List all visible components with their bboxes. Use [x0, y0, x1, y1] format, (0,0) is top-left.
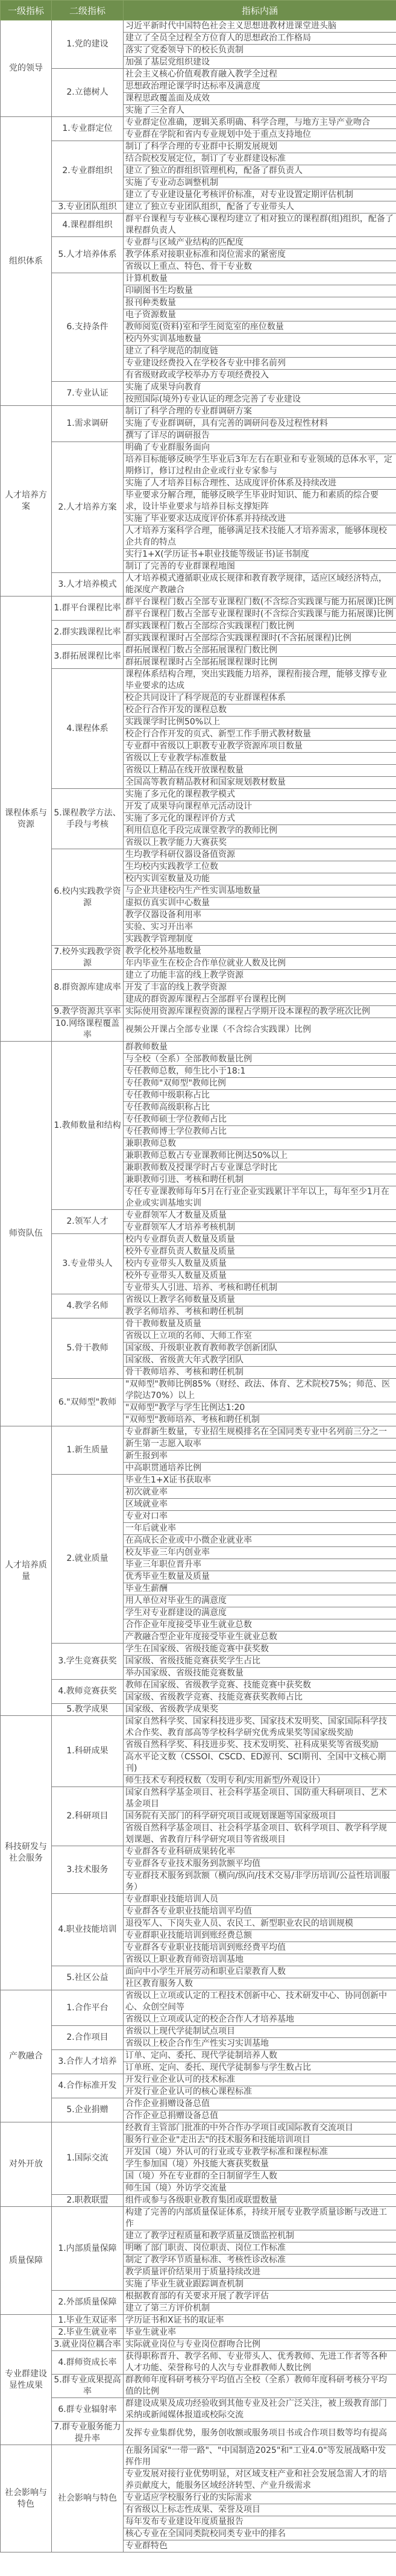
content-cell: 明确了专业群服务面向 — [124, 442, 396, 454]
level2-cell: 2.群实践课程比率 — [52, 621, 124, 645]
level2-cell: 2.职教联盟 — [52, 2195, 124, 2207]
content-cell: 专业群各专业职业技能培训到账经费平均值 — [124, 1942, 396, 1954]
content-cell: 省级以上重点、特色、骨干专业数 — [124, 261, 396, 273]
content-cell: 年内毕业生在校企合作单位就业人数及比例 — [124, 958, 396, 970]
content-cell: 有省级财政或学校举办方专项经费投入 — [124, 370, 396, 382]
level1-cell: 人才培养方案 — [1, 406, 52, 597]
content-cell: 培养目标能够反映学生毕业后3年左右在职业和专业领域的总体水平，定期修订，修订过程… — [124, 454, 396, 478]
level2-cell: 9.教学资源共享率 — [52, 1006, 124, 1018]
level2-cell: 4.合作标准开发 — [52, 2074, 124, 2098]
table-row: 2.外部质量保障根据教育部的有关要求开展了教学评估 — [1, 2291, 396, 2303]
content-cell: 实践课学时比例50%以上 — [124, 717, 396, 729]
level2-cell: 3.人才培养模式 — [52, 573, 124, 597]
level2-cell: 5.教学成果 — [52, 1704, 124, 1716]
level1-cell: 科技研发与社会服务 — [1, 1716, 52, 1990]
content-cell: 校内专业带头人数量及质量 — [124, 1258, 396, 1270]
content-cell: 实施了多元化的课程评价方式 — [124, 813, 396, 825]
level2-cell: 7.专业认证 — [52, 382, 124, 406]
content-cell: 制定了教学环节质量标准、考核性诊改标准 — [124, 2255, 396, 2267]
content-cell: 生均校内实践教学工位数 — [124, 861, 396, 873]
content-cell: 国家级、省级教学成果奖 — [124, 1704, 396, 1716]
level2-cell: 1.党的建设 — [52, 21, 124, 69]
content-cell: 专业群技术服务到款额（横向/纵向/技术交易/非学历培训/公益性培训服务） — [124, 1870, 396, 1894]
content-cell: 省级以上教学名师数量及质量 — [124, 1294, 396, 1306]
level2-cell: 2.就业质量 — [52, 1475, 124, 1644]
level1-cell: 师资队伍 — [1, 1042, 52, 1426]
content-cell: 教学质量评价结果用于质量持续改进 — [124, 2267, 396, 2279]
level1-cell: 对外开放 — [1, 2122, 52, 2207]
level2-cell: 1.内部质量保障 — [52, 2207, 124, 2291]
content-cell: 建立了第三方评价机制 — [124, 2303, 396, 2315]
level2-cell: 1.需求调研 — [52, 406, 124, 442]
content-cell: 实施了成果导向教育 — [124, 382, 396, 394]
content-cell: 开发了成果导向课程单元活动设计 — [124, 801, 396, 813]
content-cell: 发挥专业集群优势，服务创收额或服务项目书或合作项目数等均有提高 — [124, 2422, 396, 2445]
level2-cell: 3.专业团队组织 — [52, 201, 124, 214]
content-cell: 课程体系结构合理，突出实践能力培养，课程衔接合理，能够支撑专业毕业要求的达成 — [124, 669, 396, 692]
table-header-row: 一级指标 二级指标 指标内涵 — [1, 1, 396, 21]
content-cell: 电子资源数量 — [124, 309, 396, 321]
level2-cell: 4.群师资成长率 — [52, 2351, 124, 2375]
content-cell: 实施了专业动态调整机制 — [124, 177, 396, 189]
content-cell: 国家自然科学奖、国家科技进步奖、国家技术发明奖、国家国际科学技术合作奖、教育部高… — [124, 1716, 396, 1739]
table-row: 5.企业捐赠合作企业捐赠设备总值 — [1, 2098, 396, 2110]
content-cell: 建立了科学规范的制度链 — [124, 346, 396, 358]
content-cell: 实践教学管理制度 — [124, 934, 396, 946]
table-row: 党的领导1.党的建设习近平新时代中国特色社会主义思想进教材进课堂进头脑 — [1, 21, 396, 33]
level2-cell: 10.网络课程覆盖率 — [52, 1018, 124, 1042]
content-cell: 专业适应学校服务行业的实际需求 — [124, 2492, 396, 2504]
content-cell: 面向中小学生开展劳动和职业启蒙教育人数 — [124, 1966, 396, 1978]
content-cell: 实施了人才培养目标合理性、达成度评价体系及持续改进 — [124, 478, 396, 490]
content-cell: 实施了毕业要求达成度评价体系并持续改进 — [124, 513, 396, 525]
table-row: 3.人才培养模式人才培养模式遵循职业成长规律和教育教学规律，适应区域经济特点，能… — [1, 573, 396, 597]
table-row: 2.毕业生就业率毕业生就业率 — [1, 2327, 396, 2339]
content-cell: 开发了丰富的线上教学资源 — [124, 982, 396, 994]
content-cell: 课程思政覆盖面及成效 — [124, 93, 396, 105]
content-cell: 省级以上专业教学标准数量 — [124, 753, 396, 765]
content-cell: 群平台课程与专业核心课程均建立了相对独立的课程群(组)组织，配备了课程群负责人 — [124, 214, 396, 237]
header-level2: 二级指标 — [52, 1, 124, 21]
content-cell: 思想政治理论课学时达标率及满意度 — [124, 81, 396, 93]
content-cell: 每年发布专业建设年度质量报告 — [124, 2516, 396, 2528]
content-cell: 实施了多元化的课程教学模式 — [124, 789, 396, 801]
content-cell: 校外专业群负责人数量及质量 — [124, 1246, 396, 1258]
table-row: 7.群专业服务能力提升率发挥专业集群优势，服务创收额或服务项目书或合作项目数等均… — [1, 2422, 396, 2445]
level2-cell: 2.人才培养方案 — [52, 442, 124, 573]
content-cell: 合作企业总捐赠设备总值 — [124, 2110, 396, 2122]
content-cell: 省级自然科学基金项目、社会科学基金项目、软科学项目、教学科学规划课题、省教育厅科… — [124, 1823, 396, 1846]
content-cell: 校友毕业三年内创业率 — [124, 1547, 396, 1559]
content-cell: 国（境）外在专业群的全日制留学生人数 — [124, 2171, 396, 2183]
content-cell: 生均教学科研仪器设备值资源 — [124, 849, 396, 861]
content-cell: 开发国（境）外认可的行业或专业教学标准和课程标准 — [124, 2147, 396, 2159]
level1-cell: 质量保障 — [1, 2207, 52, 2315]
level2-cell: 3.合作人才培养 — [52, 2050, 124, 2074]
content-cell: 群实践课程课时占全部综合实践课程课时(不含拓展课程)比例 — [124, 633, 396, 645]
content-cell: 开发行业企业认可的核心课程标准 — [124, 2086, 396, 2098]
content-cell: 在服务国家"一带一路"、"中国制造2025"和"工业4.0"等发展战略中发挥作用 — [124, 2445, 396, 2469]
level2-cell: 3.技术服务 — [52, 1846, 124, 1894]
content-cell: 校企行合作开发的课程总数 — [124, 704, 396, 717]
table-row: 2.职教联盟组件或参与各级职业教育集团或联盟数量 — [1, 2195, 396, 2207]
level2-cell: 社会影响与特色 — [52, 2445, 124, 2552]
content-cell: 校内专业群负责人数量及质量 — [124, 1234, 396, 1246]
content-cell: 经教育主管部门批准的中外合作办学项目或国际教育交流项目 — [124, 2122, 396, 2135]
content-cell: 专业群领军人才培养考核机制 — [124, 1222, 396, 1234]
content-cell: 落实了党委领导下的校长负责制 — [124, 45, 396, 57]
content-cell: 实际使用资源库课程资源的课程占学期开设本课程的教学班次比例 — [124, 1006, 396, 1018]
content-cell: 专业群各专业技术服务到款额平均值 — [124, 1858, 396, 1870]
content-cell: 教师在国家级、省级教学竞赛、技能竞赛中获奖数 — [124, 1680, 396, 1692]
content-cell: 开发行业企业认可的技术标准 — [124, 2074, 396, 2086]
level2-cell: 6.校内实践教学资源 — [52, 849, 124, 946]
table-row: 课程体系与资源1.群平台课程比率群平台课程门数占全部专业课程门数(不含综合实践课… — [1, 597, 396, 609]
content-cell: 国家级、省级教学竞赛、技能竞赛获奖教师占比 — [124, 1692, 396, 1704]
content-cell: 建立了专业建设量化考核评价标准，对专业设置定期评估机制 — [124, 189, 396, 201]
content-cell: 撰写了详尽的调研报告 — [124, 430, 396, 442]
content-cell: 学生对专业群建设的满意度 — [124, 1607, 396, 1619]
level1-cell: 组织体系 — [1, 117, 52, 406]
table-row: 产教融合1.合作平台省级以上立项或认定的工程技术创新中心、技术研发中心、协同创新… — [1, 1990, 396, 2014]
content-cell: 视频公开课占全部专业课（不含综合实践课）比例 — [124, 1018, 396, 1042]
content-cell: 专业建设经费投入在学校各专业中排名前列 — [124, 358, 396, 370]
content-cell: 省级以上立项的名师、大师工作室 — [124, 1331, 396, 1343]
level2-cell: 2.专业群组织 — [52, 141, 124, 201]
content-cell: 专业对口率 — [124, 1511, 396, 1523]
content-cell: 校内实训室数量及功能 — [124, 873, 396, 885]
level2-cell: 5.课程教学方法、手段与考核 — [52, 789, 124, 849]
content-cell: 教学化校外基地数量 — [124, 946, 396, 958]
content-cell: 专业群特色 — [124, 2540, 396, 2552]
content-cell: 产教融合型企业年度接受毕业生就业总数 — [124, 1631, 396, 1644]
level1-cell: 课程体系与资源 — [1, 597, 52, 1042]
content-cell: 省级以上精品在线开放课程数量 — [124, 765, 396, 777]
level2-cell: 3.群拓展课程比率 — [52, 645, 124, 669]
content-cell: 国务院有关部门的科学研究项目或规划课题等国家级项目 — [124, 1811, 396, 1823]
table-row: 人才培养方案1.需求调研制订了科学合理的专业群调研方案 — [1, 406, 396, 418]
content-cell: "双师型"教师比例85%（财经、政法、体育、艺术院校75%；师范、医学院达70%… — [124, 1379, 396, 1402]
table-row: 7.专业认证实施了成果导向教育 — [1, 382, 396, 394]
table-row: 6.群专业辐射率群建设成果及成功经验收到其他专业及社会广泛关注，被上级教育部门采… — [1, 2398, 396, 2422]
table-row: 4.教师竞赛获奖教师在国家级、省级教学竞赛、技能竞赛中获奖数 — [1, 1680, 396, 1692]
content-cell: 印刷图书生均数量 — [124, 285, 396, 297]
level2-cell: 7.群专业服务能力提升率 — [52, 2422, 124, 2445]
content-cell: 专业群在学院和省内专业规划中处于重点支持地位 — [124, 129, 396, 141]
level1-cell: 专业群建设显性成果 — [1, 2315, 52, 2445]
table-row: 3.专业带头人校内专业群负责人数量及质量 — [1, 1234, 396, 1246]
table-row: 5.课程教学方法、手段与考核实施了多元化的课程教学模式 — [1, 789, 396, 801]
content-cell: 虚拟仿真实训中心数量 — [124, 897, 396, 910]
content-cell: 实行1+X(学历证书+职业技能等级证书)证书制度 — [124, 549, 396, 561]
content-cell: 专业群定位准确，逻辑关系明确、科学合理，与地方主导产业吻合 — [124, 117, 396, 129]
level2-cell: 4.课程体系 — [52, 669, 124, 789]
table-row: 社会影响与特色社会影响与特色在服务国家"一带一路"、"中国制造2025"和"工业… — [1, 2445, 396, 2469]
table-row: 4.职业技能培训专业群职业技能培训人员 — [1, 1894, 396, 1906]
content-cell: 校内外实训基地数量 — [124, 334, 396, 346]
content-cell: 学生在国家级、省级技能竞赛中获奖数 — [124, 1644, 396, 1656]
table-row: 组织体系1.专业群定位专业群定位准确，逻辑关系明确、科学合理，与地方主导产业吻合 — [1, 117, 396, 129]
content-cell: 实际就业岗位与专业岗位群吻合比例 — [124, 2339, 396, 2351]
table-row: 3.技术服务专业群各专业科研成果转化率 — [1, 1846, 396, 1858]
content-cell: 毕业要求分解合理，能够反映学生毕业时知识、能力和素质的综合要求，设计毕业要求与培… — [124, 490, 396, 513]
content-cell: 专业带头人引进、培养、考核和聘任机制 — [124, 1282, 396, 1294]
level2-cell: 4.职业技能培训 — [52, 1894, 124, 1966]
table-row: 3.学生竞赛获奖学生在国家级、省级技能竞赛中获奖数 — [1, 1644, 396, 1656]
level2-cell: 5.企业捐赠 — [52, 2098, 124, 2122]
level2-cell: 2.立德树人 — [52, 69, 124, 117]
content-cell: 群教师数量 — [124, 1042, 396, 1054]
level2-cell: 2.领军人才 — [52, 1210, 124, 1234]
table-row: 科技研发与社会服务1.科研成果国家自然科学奖、国家科技进步奖、国家技术发明奖、国… — [1, 1716, 396, 1739]
content-cell: 专业群与区域产业结构的匹配度 — [124, 237, 396, 249]
table-row: 3.合作人才培养订单、定向、委托、现代学徒制培养人数 — [1, 2050, 396, 2062]
level2-cell: 5.骨干教师 — [52, 1318, 124, 1379]
content-cell: 报刊种类数量 — [124, 297, 396, 309]
level2-cell: 1.专业群定位 — [52, 117, 124, 141]
table-row: 6.支持条件计算机数量 — [1, 273, 396, 285]
content-cell: 用人单位对毕业生的满意度 — [124, 1595, 396, 1607]
level2-cell: 5.社区公益 — [52, 1966, 124, 1990]
level2-cell: 3.学生竞赛获奖 — [52, 1644, 124, 1680]
level2-cell: 3.专业带头人 — [52, 1234, 124, 1294]
level2-cell: 1.新生质量 — [52, 1426, 124, 1475]
level2-cell: 2.外部质量保障 — [52, 2291, 124, 2315]
table-row: 2.领军人才专业群领军人才数量及质量 — [1, 1210, 396, 1222]
content-cell: 教学体系对接职业标准和岗位需求的紧密度 — [124, 249, 396, 261]
content-cell: 群教师年度科研考核分平均值占全校（全系）教师年度科研考核分平均值的比例 — [124, 2375, 396, 2398]
content-cell: 实施了毕业生就业跟踪调查机制 — [124, 2279, 396, 2291]
content-cell: 毕业三年职位晋升率 — [124, 1559, 396, 1571]
content-cell: 有省级以上标志性成果、荣誉及项目 — [124, 2504, 396, 2516]
level2-cell: 7.校外实践教学资源 — [52, 946, 124, 970]
content-cell: 高水平论文数（CSSOI、CSCD、ED源刊、SCI期刊、全国中文核心期刊) — [124, 1752, 396, 1775]
content-cell: 毕业生薪酬 — [124, 1583, 396, 1595]
table-row: 4.教学名师省级以上教学名师数量及质量 — [1, 1294, 396, 1306]
level2-cell: 6.群专业辐射率 — [52, 2398, 124, 2422]
level1-cell: 党的领导 — [1, 21, 52, 117]
content-cell: 建立了教学过程质量和教学质量反馈监控机制 — [124, 2230, 396, 2242]
content-cell: 建立了独立专业团队组织，配备了专业带头人 — [124, 201, 396, 214]
content-cell: 兼职教师总数占专业课教师比例达50%以上 — [124, 1150, 396, 1162]
content-cell: 建立了独立的群组织管理机构，配备了群负责人 — [124, 165, 396, 177]
content-cell: 专任教师总数，师生比小于18:1 — [124, 1066, 396, 1078]
content-cell: 毕业生1+X证书获取率 — [124, 1475, 396, 1487]
content-cell: 专业群新生数量，专业招生规模排名在全国同类专业中名列前三分之一 — [124, 1426, 396, 1438]
level2-cell: 2.合作项目 — [52, 2026, 124, 2050]
level1-cell: 社会影响与特色 — [1, 2445, 52, 2552]
content-cell: 获得职称晋升、教学名师、专业带头人、优秀教师、先进工作者等各种人才功能、荣誉称号… — [124, 2351, 396, 2375]
table-row: 8.群资源库建成率建立了功能丰富的线上教学资源 — [1, 970, 396, 982]
content-cell: 新生第一志愿入取率 — [124, 1438, 396, 1451]
content-cell: 专任教师高级职称占比 — [124, 1102, 396, 1114]
content-cell: 专业群各专业科研成果转化率 — [124, 1846, 396, 1858]
level2-cell: 1.国际交流 — [52, 2122, 124, 2195]
table-row: 5.教学成果国家级、省级教学成果奖 — [1, 1704, 396, 1716]
content-cell: 师生国（境）外访学交流量 — [124, 2183, 396, 2195]
content-cell: 与企业共建校内生产性实训基地数量 — [124, 885, 396, 897]
level2-cell: 5.群专业成果提高率 — [52, 2375, 124, 2398]
content-cell: 专任教师中级职称占比 — [124, 1090, 396, 1102]
table-row: 3.就业岗位耦合率实际就业岗位与专业岗位群吻合比例 — [1, 2339, 396, 2351]
content-cell: "双师型"教学与学生比例达1:20 — [124, 1402, 396, 1414]
table-row: 2.专业群组织制订了科学合理的专业群中长期发展规划 — [1, 141, 396, 153]
content-cell: 教学仪器设备利用率 — [124, 910, 396, 922]
content-cell: 毕业生就业率 — [124, 2327, 396, 2339]
content-cell: 群拓展课程门数占全部拓展课程门数比例 — [124, 645, 396, 657]
content-cell: 专业群职业技能培训到账经费总额 — [124, 1930, 396, 1942]
content-cell: 省级以上校企合作生产性实习实训基地 — [124, 2038, 396, 2050]
content-cell: 制订了科学合理的专业群调研方案 — [124, 406, 396, 418]
content-cell: 省级以上职业教育师资培训基地 — [124, 1954, 396, 1966]
table-row: 10.网络课程覆盖率视频公开课占全部专业课（不含综合实践课）比例 — [1, 1018, 396, 1042]
level2-cell: 1.群平台课程比率 — [52, 597, 124, 621]
content-cell: 订单、定向、委托、现代学徒制培养人数 — [124, 2050, 396, 2062]
content-cell: 国家级、升级职业教育教师教学创新团队 — [124, 1343, 396, 1355]
content-cell: 一年后就业率 — [124, 1523, 396, 1535]
content-cell: 群拓展课程课时占全部拓展课程课时比例 — [124, 657, 396, 669]
content-cell: 合作企业年度接受毕业生就业总数 — [124, 1619, 396, 1631]
content-cell: 骨干教师数量及质量 — [124, 1318, 396, 1331]
indicator-table-body: 党的领导1.党的建设习近平新时代中国特色社会主义思想进教材进课堂进头脑建立了全员… — [1, 21, 396, 2552]
level1-cell: 人才培养质量 — [1, 1426, 52, 1716]
content-cell: 建立了功能丰富的线上教学资源 — [124, 970, 396, 982]
indicator-table: 一级指标 二级指标 指标内涵 党的领导1.党的建设习近平新时代中国特色社会主义思… — [0, 0, 396, 2552]
content-cell: 省级以上立项或认定的校企合作人才培养基地 — [124, 2014, 396, 2026]
table-row: 5.人才培养体系专业群与区域产业结构的匹配度 — [1, 237, 396, 249]
content-cell: 实施了专业群调研，具有完善的调研问卷及过程性材料 — [124, 418, 396, 430]
content-cell: 人才培养模式遵循职业成长规律和教育教学规律，适应区域经济特点，能深度产教融合 — [124, 573, 396, 597]
level2-cell: 3.就业岗位耦合率 — [52, 2339, 124, 2351]
content-cell: 新生报到率 — [124, 1451, 396, 1463]
content-cell: 兼职教师数及授课学时占专业课总学时比 — [124, 1162, 396, 1174]
level2-cell: 8.群资源库建成率 — [52, 970, 124, 1006]
content-cell: 服务行业企业"走出去"的技术服务和技能培训项目 — [124, 2135, 396, 2147]
table-row: 2.合作项目省级以上现代学徒制试点项目 — [1, 2026, 396, 2038]
content-cell: 省级以上立项或认定的工程技术创新中心、技术研发中心、协同创新中心、众创空间等 — [124, 1990, 396, 2014]
content-cell: 中高职贯通培养比例 — [124, 1463, 396, 1475]
content-cell: 核心专业在全国同类院校同类专业中的排名 — [124, 2528, 396, 2540]
table-row: 2.就业质量毕业生1+X证书获取率 — [1, 1475, 396, 1487]
content-cell: 专业群职业技能培训人员 — [124, 1894, 396, 1906]
content-cell: 学历证书和X证书的取证率 — [124, 2315, 396, 2327]
content-cell: 学生参加国（境）外技能大赛获奖数量 — [124, 2159, 396, 2171]
table-row: 2.科研项目国家自然科学基金项目、社会科学基金项目、国防重大科研项目、艺术基金项… — [1, 1787, 396, 1811]
level2-cell: 4.教师竞赛获奖 — [52, 1680, 124, 1704]
content-cell: 兼职教师总数 — [124, 1138, 396, 1150]
content-cell: 专业群各专业职业技能培训平均值 — [124, 1906, 396, 1918]
level2-cell: 1.合作平台 — [52, 1990, 124, 2026]
content-cell: 区域就业率 — [124, 1499, 396, 1511]
content-cell: 实验、实习开出率 — [124, 922, 396, 934]
content-cell: 退役军人、下岗失业人员、农民工、新型职业农民的培训规模 — [124, 1918, 396, 1930]
level2-cell: 6.支持条件 — [52, 273, 124, 382]
content-cell: 群平台课程门数占全部专业课程门数(不含综合实践课与能力拓展课)比例 — [124, 597, 396, 609]
content-cell: 国家级、省级技能竞赛获奖学生占比 — [124, 1656, 396, 1668]
content-cell: 构建了完善的内部质量保证体系，持续开展专业教学质量诊断与改进工作 — [124, 2207, 396, 2230]
content-cell: 利用信息化手段完成课堂教学的教师比例 — [124, 825, 396, 837]
content-cell: 组件或参与各级职业教育集团或联盟数量 — [124, 2195, 396, 2207]
content-cell: 专任教师"双师型"教师比例 — [124, 1078, 396, 1090]
level2-cell: 1.教师数量和结构 — [52, 1042, 124, 1210]
table-row: 5.群专业成果提高率群教师年度科研考核分平均值占全校（全系）教师年度科研考核分平… — [1, 2375, 396, 2398]
content-cell: 制订了科学合理的专业群中长期发展规划 — [124, 141, 396, 153]
table-row: 5.社区公益面向中小学生开展劳动和职业启蒙教育人数 — [1, 1966, 396, 1978]
content-cell: 建成的群资源库课程占全部群平台课程比例 — [124, 994, 396, 1006]
content-cell: 师生技术专利授权数（发明专利/实用新型/外观设计） — [124, 1775, 396, 1787]
content-cell: 按照国际(境外)专业认证的理念完善了专业建设 — [124, 394, 396, 406]
content-cell: 教师阅览(资料)室和学生阅览室的座位数量 — [124, 321, 396, 334]
level2-cell: 1.科研成果 — [52, 1716, 124, 1787]
content-cell: 制订了完善的专业群课程地图 — [124, 561, 396, 573]
table-row: 对外开放1.国际交流经教育主管部门批准的中外合作办学项目或国际教育交流项目 — [1, 2122, 396, 2135]
table-row: 质量保障1.内部质量保障构建了完善的内部质量保证体系，持续开展专业教学质量诊断与… — [1, 2207, 396, 2230]
content-cell: 全国高等教育精品教材和国家规划教材数量 — [124, 777, 396, 789]
content-cell: 专任专业课教师每年5月在行业企业实践累计半年以上，每年至少1月在企业或实训基地实… — [124, 1186, 396, 1210]
level2-cell: 4.课程群组织 — [52, 214, 124, 237]
table-row: 2.人才培养方案明确了专业群服务面向 — [1, 442, 396, 454]
header-level1: 一级指标 — [1, 1, 52, 21]
level2-cell: 2.毕业生就业率 — [52, 2327, 124, 2339]
table-row: 师资队伍1.教师数量和结构群教师数量 — [1, 1042, 396, 1054]
table-row: 9.教学资源共享率实际使用资源库课程资源的课程占学期开设本课程的教学班次比例 — [1, 1006, 396, 1018]
level2-cell: 4.教学名师 — [52, 1294, 124, 1318]
content-cell: 国家级、省级黄大年式教学团队 — [124, 1355, 396, 1367]
content-cell: 专业群中省级以上职教专业教学资源库项目数量 — [124, 741, 396, 753]
content-cell: 在高成长企业或中小微企业就业率 — [124, 1535, 396, 1547]
content-cell: 合作企业捐赠设备总值 — [124, 2098, 396, 2110]
table-row: 2.立德树人社会主义核心价值观教育融入教学全过程 — [1, 69, 396, 81]
level2-cell: 1.毕业生双证率 — [52, 2315, 124, 2327]
table-row: 7.校外实践教学资源教学化校外基地数量 — [1, 946, 396, 958]
content-cell: 骨干教师培养、考核和聘任机制 — [124, 1367, 396, 1379]
content-cell: 兼职教师引进、考核和聘任机制 — [124, 1174, 396, 1186]
content-cell: 省级以上现代学徒制试点项目 — [124, 2026, 396, 2038]
content-cell: 举办国家级、省级技能竞赛数量 — [124, 1668, 396, 1680]
content-cell: 专业群领军人才数量及质量 — [124, 1210, 396, 1222]
level2-cell: 2.科研项目 — [52, 1787, 124, 1846]
content-cell: 群建设成果及成功经验收到其他专业及社会广泛关注，被上级教育部门采纳或新闻媒体报道… — [124, 2398, 396, 2422]
table-row: 4.课程体系课程体系结构合理，突出实践能力培养，课程衔接合理，能够支撑专业毕业要… — [1, 669, 396, 692]
content-cell: 校外专业带头人数量及质量 — [124, 1270, 396, 1282]
content-cell: 人才培养方案科学合理，能够满足技术技能人才培养需求，能够体现校企共育的特点 — [124, 525, 396, 549]
content-cell: "双师型"教师培养、考核和聘任机制 — [124, 1414, 396, 1426]
content-cell: 优秀毕业生数量及质量 — [124, 1571, 396, 1583]
content-cell: 明晰了部门职责、岗位职责、岗位工作标准 — [124, 2242, 396, 2255]
table-row: 4.合作标准开发开发行业企业认可的技术标准 — [1, 2074, 396, 2086]
level2-cell: 6."双师型"教师 — [52, 1379, 124, 1426]
content-cell: 建立了全员全过程全方位育人的思想政治工作格局 — [124, 33, 396, 45]
content-cell: 社会主义核心价值观教育融入教学全过程 — [124, 69, 396, 81]
level2-cell: 5.人才培养体系 — [52, 237, 124, 273]
table-row: 4.群师资成长率获得职称晋升、教学名师、专业带头人、优秀教师、先进工作者等各种人… — [1, 2351, 396, 2375]
content-cell: 习近平新时代中国特色社会主义思想进教材进课堂进头脑 — [124, 21, 396, 33]
header-content: 指标内涵 — [124, 1, 396, 21]
content-cell: 校企共同设计了科学规范的专业群课程体系 — [124, 692, 396, 704]
table-row: 3.群拓展课程比率群拓展课程门数占全部拓展课程门数比例 — [1, 645, 396, 657]
content-cell: 加强了基层党组织建设 — [124, 57, 396, 69]
table-row: 6."双师型"教师"双师型"教师比例85%（财经、政法、体育、艺术院校75%；师… — [1, 1379, 396, 1402]
content-cell: 社区教育服务人数 — [124, 1978, 396, 1990]
level1-cell: 产教融合 — [1, 1990, 52, 2122]
content-cell: 专任教师博士学位教师占比 — [124, 1126, 396, 1138]
content-cell: 教学名师培养、考核和聘任机制 — [124, 1306, 396, 1318]
table-row: 3.专业团队组织建立了独立专业团队组织，配备了专业带头人 — [1, 201, 396, 214]
content-cell: 校企行合作开发的页式、新型工作手册式教材数量 — [124, 729, 396, 741]
content-cell: 初次就业率 — [124, 1487, 396, 1499]
content-cell: 专业发展对接行业优势明显，对区域支柱产业和社会发展急需人才的培养贡献度大，能服务… — [124, 2469, 396, 2492]
content-cell: 与全校（全系）全部教师数量比例 — [124, 1054, 396, 1066]
